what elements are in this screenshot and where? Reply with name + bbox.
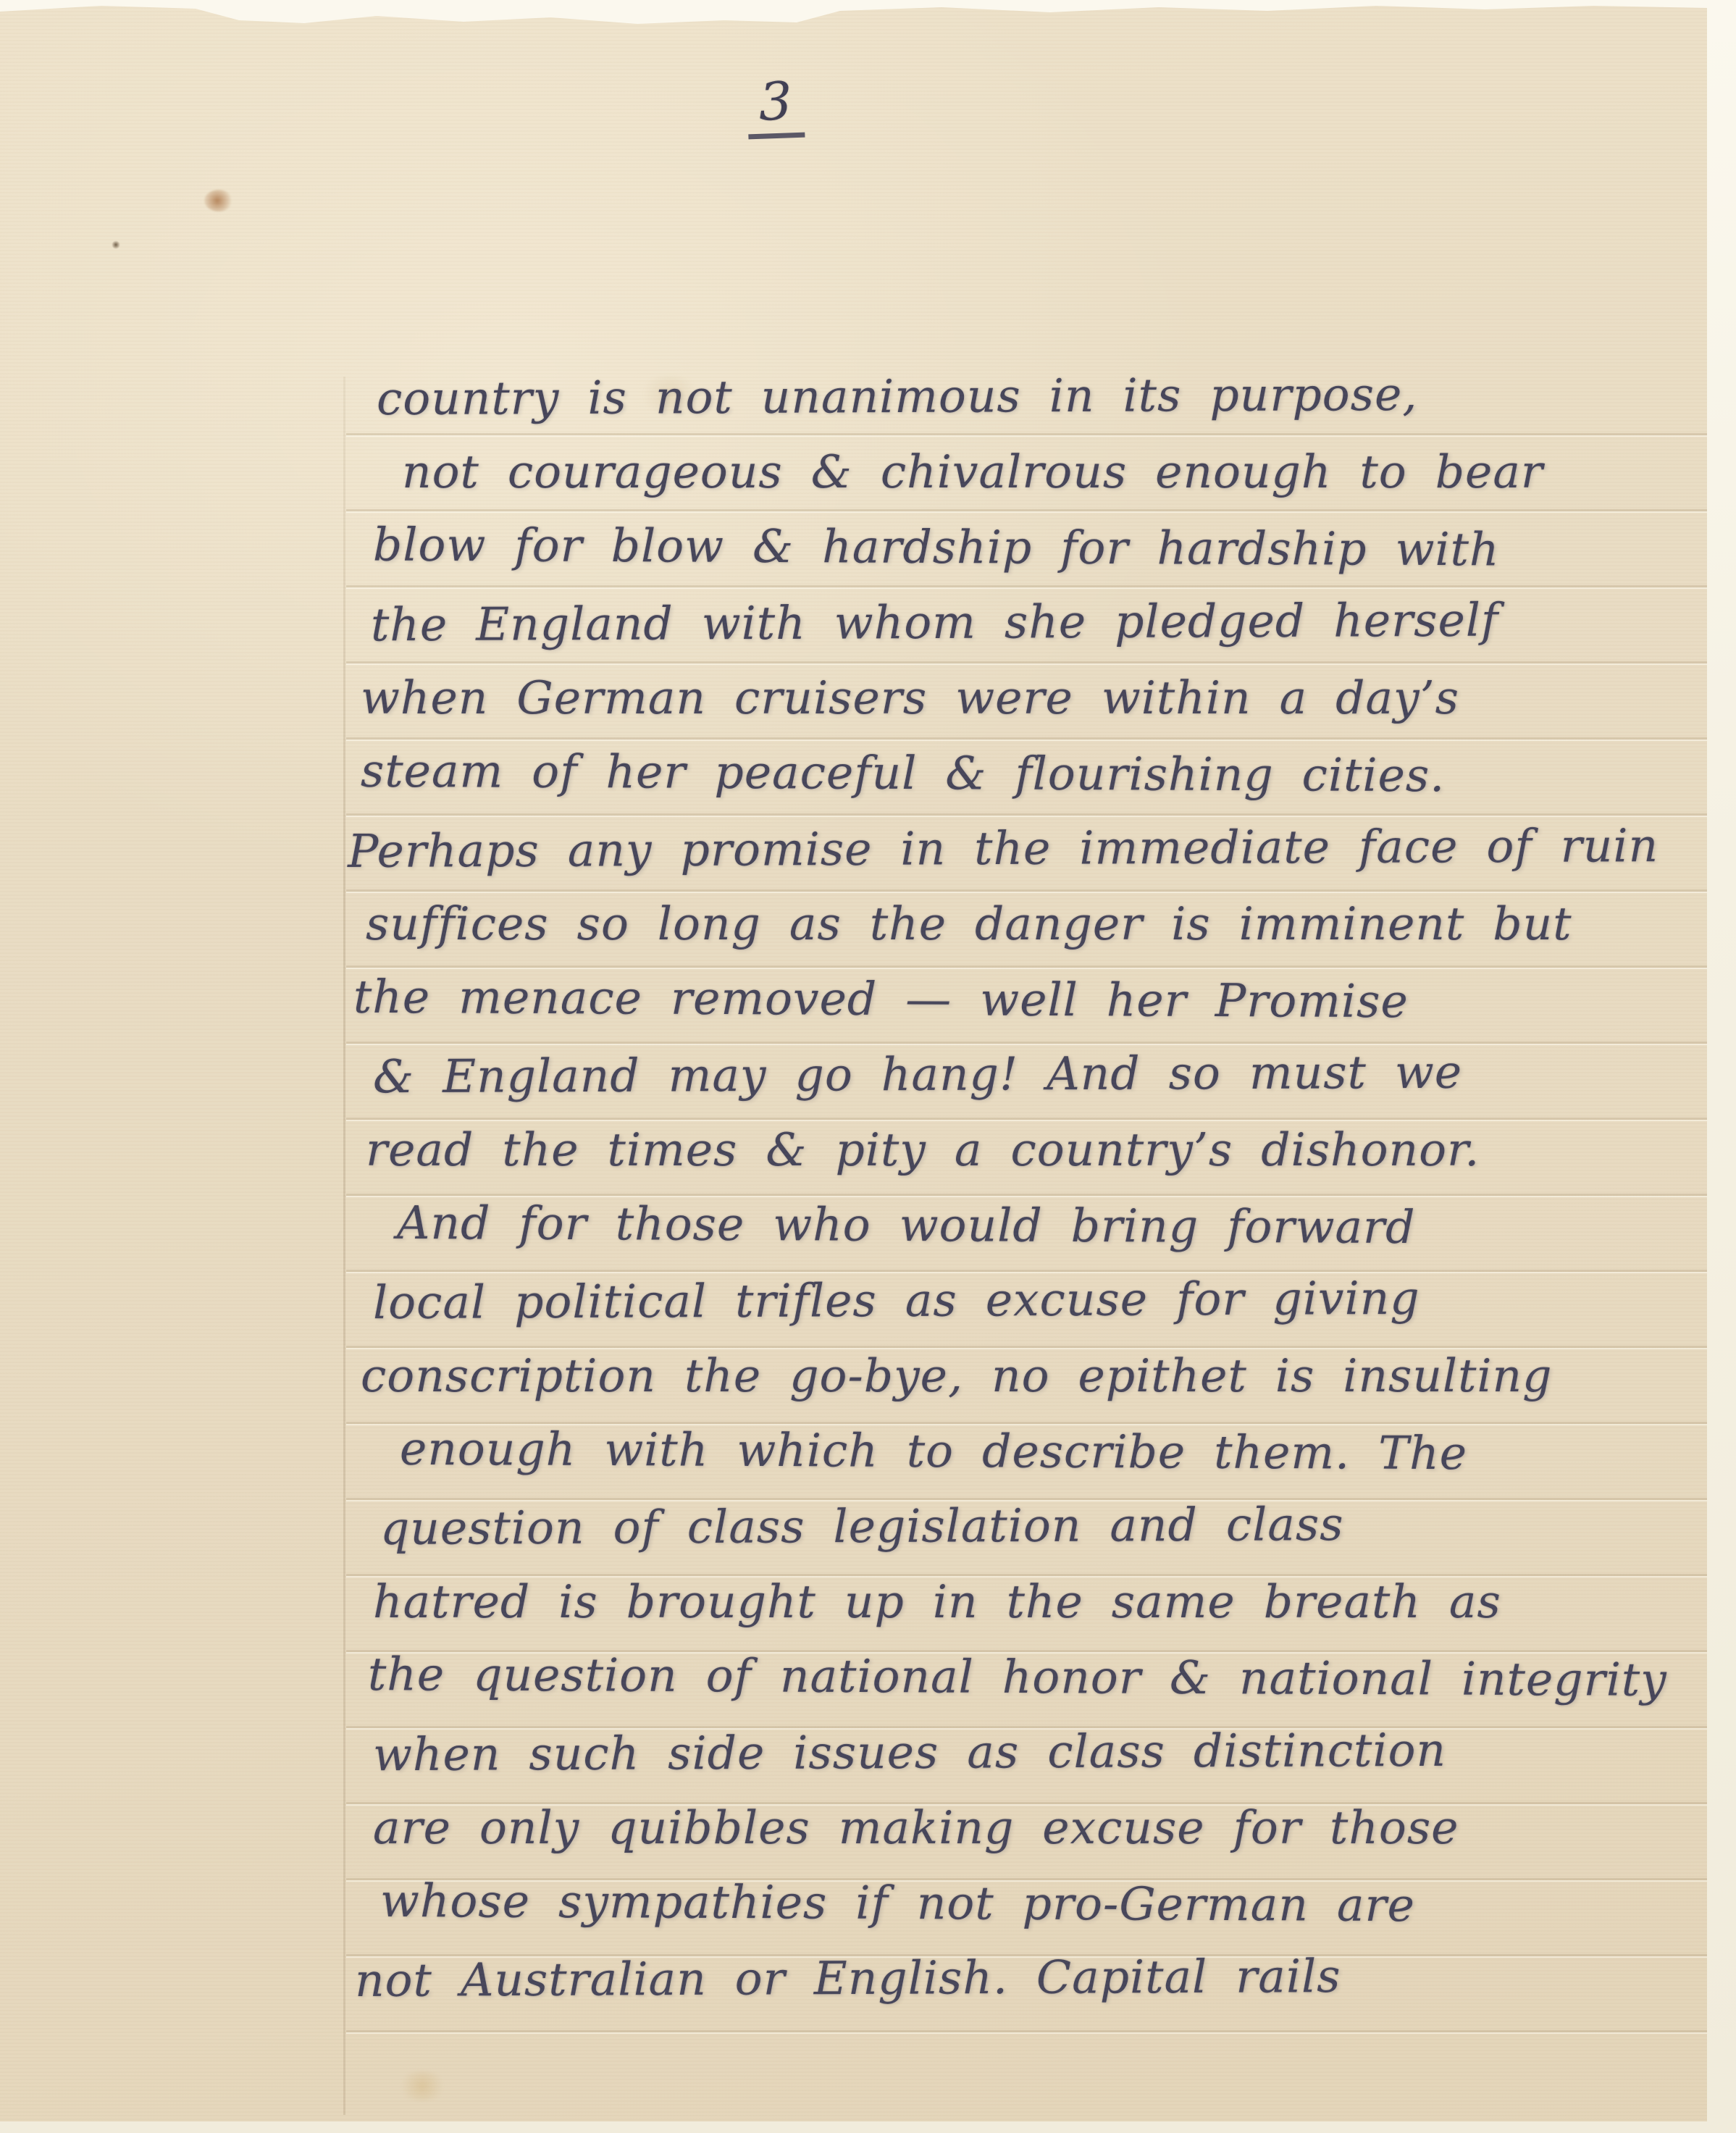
handwritten-line: blow for blow & hardship for hardship wi… <box>373 522 1500 573</box>
paper-stain <box>204 190 233 211</box>
handwritten-line: country is not unanimous in its purpose, <box>377 372 1418 422</box>
paper-speck <box>112 240 120 249</box>
handwritten-line: conscription the go-bye, no epithet is i… <box>361 1353 1552 1399</box>
manuscript-scan: 3 country is not unanimous in its purpos… <box>0 0 1736 2133</box>
handwritten-line: when such side issues as class distincti… <box>373 1727 1446 1777</box>
paper-sheet: 3 country is not unanimous in its purpos… <box>0 0 1707 2121</box>
handwritten-line: local political trifles as excuse for gi… <box>373 1275 1420 1325</box>
handwritten-line: when German cruisers were within a day’s <box>361 675 1459 721</box>
handwritten-line: not courageous & chivalrous enough to be… <box>402 449 1543 495</box>
handwritten-line: hatred is brought up in the same breath … <box>373 1579 1501 1625</box>
handwritten-line: the menace removed — well her Promise <box>353 974 1409 1024</box>
handwritten-line: the question of national honor & nationa… <box>368 1651 1667 1703</box>
handwritten-line: the England with whom she pledged hersel… <box>371 598 1499 648</box>
handwritten-line: are only quibbles making excuse for thos… <box>373 1805 1459 1851</box>
handwritten-line: & England may go hang! And so must we <box>373 1049 1462 1100</box>
handwritten-line: not Australian or English. Capital rails <box>355 1953 1341 2003</box>
handwritten-line: suffices so long as the danger is immine… <box>366 901 1572 947</box>
page-number: 3 <box>747 75 805 140</box>
handwritten-line: question of class legislation and class <box>380 1501 1344 1551</box>
handwritten-line: Perhaps any promise in the immediate fac… <box>348 823 1659 874</box>
handwritten-line: whose sympathies if not pro-German are <box>380 1878 1415 1928</box>
handwritten-line: enough with which to describe them. The <box>400 1426 1467 1476</box>
handwritten-line: steam of her peaceful & flourishing citi… <box>361 748 1445 799</box>
handwritten-line: read the times & pity a country’s dishon… <box>366 1127 1480 1173</box>
handwritten-line: And for those who would bring forward <box>397 1200 1416 1250</box>
fold-crease-line <box>343 377 345 2115</box>
